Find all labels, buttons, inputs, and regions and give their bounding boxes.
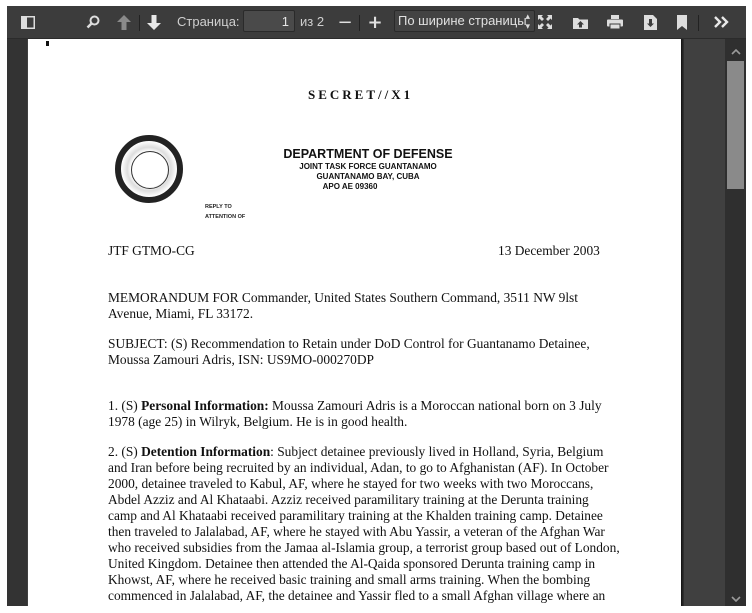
next-page-button[interactable] xyxy=(143,6,165,38)
para2-prefix: 2. (S) xyxy=(108,444,141,459)
select-arrows-icon: ▴▾ xyxy=(525,11,530,31)
page-number-input[interactable]: 1 xyxy=(243,10,295,32)
sidebar-icon xyxy=(21,16,35,29)
zoom-in-button[interactable]: + xyxy=(365,6,385,38)
fullscreen-icon xyxy=(538,15,552,29)
scroll-up-button[interactable] xyxy=(725,39,746,59)
tools-button[interactable] xyxy=(708,6,736,38)
scan-mark xyxy=(46,41,49,46)
letterhead-apo: APO AE 09360 xyxy=(250,182,450,192)
para1-prefix: 1. (S) xyxy=(108,398,141,413)
double-chevron-right-icon xyxy=(714,16,730,28)
previous-page-button[interactable] xyxy=(113,6,135,38)
download-button[interactable] xyxy=(639,6,661,38)
para1-heading: Personal Information: xyxy=(141,398,269,413)
page-label: Страница: xyxy=(177,14,240,30)
page-total: из 2 xyxy=(300,14,324,30)
open-file-button[interactable] xyxy=(569,6,591,38)
folder-upload-icon xyxy=(573,16,588,29)
classification-marking: SECRET//X1 xyxy=(308,87,413,103)
presentation-mode-button[interactable] xyxy=(535,6,555,38)
download-icon xyxy=(644,15,657,30)
reply-to-label: REPLY TO xyxy=(205,204,232,210)
bookmark-icon xyxy=(677,15,687,30)
attention-of-label: ATTENTION OF xyxy=(205,214,245,220)
letterhead-location: GUANTANAMO BAY, CUBA xyxy=(268,172,468,182)
viewer-margin xyxy=(7,39,27,606)
memo-for: MEMORANDUM FOR Commander, United States … xyxy=(108,290,608,322)
scroll-down-button[interactable] xyxy=(725,586,746,606)
zoom-out-button[interactable]: − xyxy=(335,6,355,38)
pdf-page: SECRET//X1 DEPARTMENT OF DEFENSE JOINT T… xyxy=(28,39,681,606)
plus-icon: + xyxy=(367,12,382,33)
pdf-viewer-window: Страница: 1 из 2 − + По ширине страницы … xyxy=(7,6,746,606)
document-viewer[interactable]: SECRET//X1 DEPARTMENT OF DEFENSE JOINT T… xyxy=(7,39,746,606)
minus-icon: − xyxy=(337,12,352,33)
para2-text: : Subject detainee previously lived in H… xyxy=(108,444,620,606)
search-icon xyxy=(86,15,100,29)
toolbar: Страница: 1 из 2 − + По ширине страницы … xyxy=(7,6,746,39)
paragraph-detention-info: 2. (S) Detention Information: Subject de… xyxy=(108,444,620,606)
arrow-down-icon xyxy=(147,15,161,30)
separator xyxy=(139,15,140,31)
memo-subject: SUBJECT: (S) Recommendation to Retain un… xyxy=(108,336,608,368)
chevron-down-icon xyxy=(731,587,741,606)
zoom-select[interactable]: По ширине страницы ▴▾ xyxy=(394,10,535,32)
letterhead-unit: JOINT TASK FORCE GUANTANAMO xyxy=(268,162,468,172)
print-button[interactable] xyxy=(604,6,626,38)
memo-date: 13 December 2003 xyxy=(498,243,618,259)
dod-seal-logo xyxy=(115,135,183,203)
scrollbar-thumb[interactable] xyxy=(727,61,744,189)
separator xyxy=(359,15,360,31)
find-button[interactable] xyxy=(81,6,105,38)
letterhead-org: DEPARTMENT OF DEFENSE xyxy=(268,147,468,161)
paragraph-personal-info: 1. (S) Personal Information: Moussa Zamo… xyxy=(108,398,618,430)
page-shadow xyxy=(681,39,684,606)
zoom-select-value: По ширине страницы xyxy=(398,13,527,28)
bookmark-button[interactable] xyxy=(672,6,692,38)
printer-icon xyxy=(607,15,623,29)
arrow-up-icon xyxy=(117,15,131,30)
separator xyxy=(698,15,699,31)
para2-heading: Detention Information xyxy=(141,444,270,459)
chevron-up-icon xyxy=(731,40,741,59)
sidebar-toggle-button[interactable] xyxy=(15,6,41,38)
